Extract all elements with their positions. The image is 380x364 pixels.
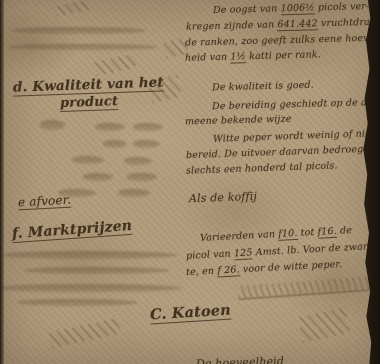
heading-text: f. Marktprijzen <box>12 218 133 243</box>
harvest-text: de ranken, zoo geeft zulks eene hoeveel- <box>185 32 380 48</box>
ink-bleedthrough-mark <box>12 27 147 34</box>
ink-bleedthrough-mark <box>298 307 350 342</box>
bottom-partial-line: De hoeveelheid <box>196 354 284 364</box>
harvest-paragraph-line-3: de ranken, zoo geeft zulks eene hoeveel- <box>185 32 380 48</box>
heading-text: e afvoer. <box>18 193 72 211</box>
harvest-paragraph-line-2: kregen zijnde van 641.442 vruchtdragen- <box>186 16 380 32</box>
prices-text: de <box>337 225 353 237</box>
picol-weight: 125 <box>234 247 253 260</box>
prices-text: voor de witte peper. <box>239 259 342 275</box>
ink-bleedthrough-mark <box>25 267 170 274</box>
harvest-text: heid van <box>185 52 231 64</box>
section-heading-afvoer: e afvoer. <box>18 193 72 210</box>
section-heading-katoen: C. Katoen <box>150 302 232 324</box>
ink-bleedthrough-mark <box>127 173 157 181</box>
ink-bleedthrough-mark <box>0 284 182 292</box>
ink-bleedthrough-mark <box>103 140 127 148</box>
quality-answer-line-3: meene bekende wijze <box>185 114 292 128</box>
harvest-text: katti per rank. <box>246 49 321 62</box>
price-high: f16. <box>317 226 337 239</box>
ink-bleedthrough-mark <box>83 173 113 181</box>
scanned-manuscript-page: De oogst van 1006½ picols ver- kregen zi… <box>0 0 380 364</box>
ink-bleedthrough-mark <box>72 156 104 164</box>
ink-bleedthrough-mark <box>49 318 121 348</box>
harvest-text: kregen zijnde van <box>186 19 278 32</box>
ink-bleedthrough-mark <box>133 123 163 131</box>
ink-bleedthrough-mark <box>8 44 158 50</box>
prices-line-2: picol van 125 Amst. lb. Voor de zwar- <box>186 241 371 262</box>
white-pepper-line-2: bereid. De uitvoer daarvan bedroeg <box>186 144 364 161</box>
section-heading-kwaliteit-line-1: d. Kwaliteit van het <box>13 74 164 95</box>
quality-answer-line-2: De bereiding geschiedt op de alge- <box>212 97 380 113</box>
coffee-note-text: Als de koffij <box>189 190 257 205</box>
harvest-text: picols ver- <box>315 1 370 13</box>
quality-text: De kwaliteit is goed. <box>212 80 314 94</box>
prices-text: tot <box>297 227 318 239</box>
prices-text: te, en <box>186 265 218 278</box>
prices-line-1: Varieerden van f10. tot f16. de <box>200 225 352 244</box>
harvest-katti-per-vine: 1½ <box>230 51 246 63</box>
ink-bleedthrough-mark <box>40 120 65 130</box>
page-left-edge <box>0 0 4 364</box>
coffee-note: Als de koffij <box>189 190 257 205</box>
ink-bleedthrough-mark <box>95 123 125 131</box>
ink-bleedthrough-mark <box>118 189 150 197</box>
harvest-paragraph-line-1: De oogst van 1006½ picols ver- <box>213 1 370 16</box>
heading-text: d. Kwaliteit van het <box>13 74 164 96</box>
harvest-vine-count: 641.442 <box>277 18 318 31</box>
price-low: f10. <box>278 228 298 241</box>
quality-text: De bereiding geschiedt op de alge- <box>212 97 380 113</box>
prices-text: picol van <box>186 248 234 261</box>
white-pepper-text: bereid. De uitvoer daarvan bedroeg <box>186 144 364 161</box>
quality-answer-line-1: De kwaliteit is goed. <box>212 80 314 94</box>
ink-bleedthrough-mark <box>124 157 152 165</box>
page-torn-right-edge <box>358 0 380 364</box>
prices-text: Amst. lb. Voor de zwar- <box>252 241 371 258</box>
harvest-quantity-picols: 1006½ <box>280 2 314 15</box>
heading-text: product <box>60 94 119 112</box>
harvest-paragraph-line-4: heid van 1½ katti per rank. <box>185 49 321 64</box>
harvest-text: De oogst van <box>213 3 281 16</box>
ink-bleedthrough-mark <box>133 140 160 148</box>
section-heading-marktprijzen: f. Marktprijzen <box>12 218 133 242</box>
heading-text: C. Katoen <box>150 302 232 325</box>
ink-bleedthrough-mark <box>3 251 178 259</box>
prices-text: Varieerden van <box>200 229 279 244</box>
ink-bleedthrough-mark <box>54 0 90 17</box>
section-heading-kwaliteit-line-2: product <box>60 94 119 111</box>
ink-bleedthrough-mark <box>94 54 136 76</box>
ink-bleedthrough-mark <box>238 276 377 300</box>
white-pepper-line-3: slechts een honderd tal picols. <box>186 160 338 176</box>
white-pepper-text: Witte peper wordt weinig of niet <box>213 128 375 145</box>
ink-bleedthrough-mark <box>18 299 138 306</box>
partial-text: De hoeveelheid <box>196 354 284 364</box>
white-pepper-text: slechts een honderd tal picols. <box>186 160 338 176</box>
white-pepper-price: f 26. <box>217 264 240 277</box>
quality-text: meene bekende wijze <box>185 114 292 128</box>
prices-line-3: te, en f 26. voor de witte peper. <box>186 259 343 278</box>
white-pepper-line-1: Witte peper wordt weinig of niet <box>213 128 375 145</box>
